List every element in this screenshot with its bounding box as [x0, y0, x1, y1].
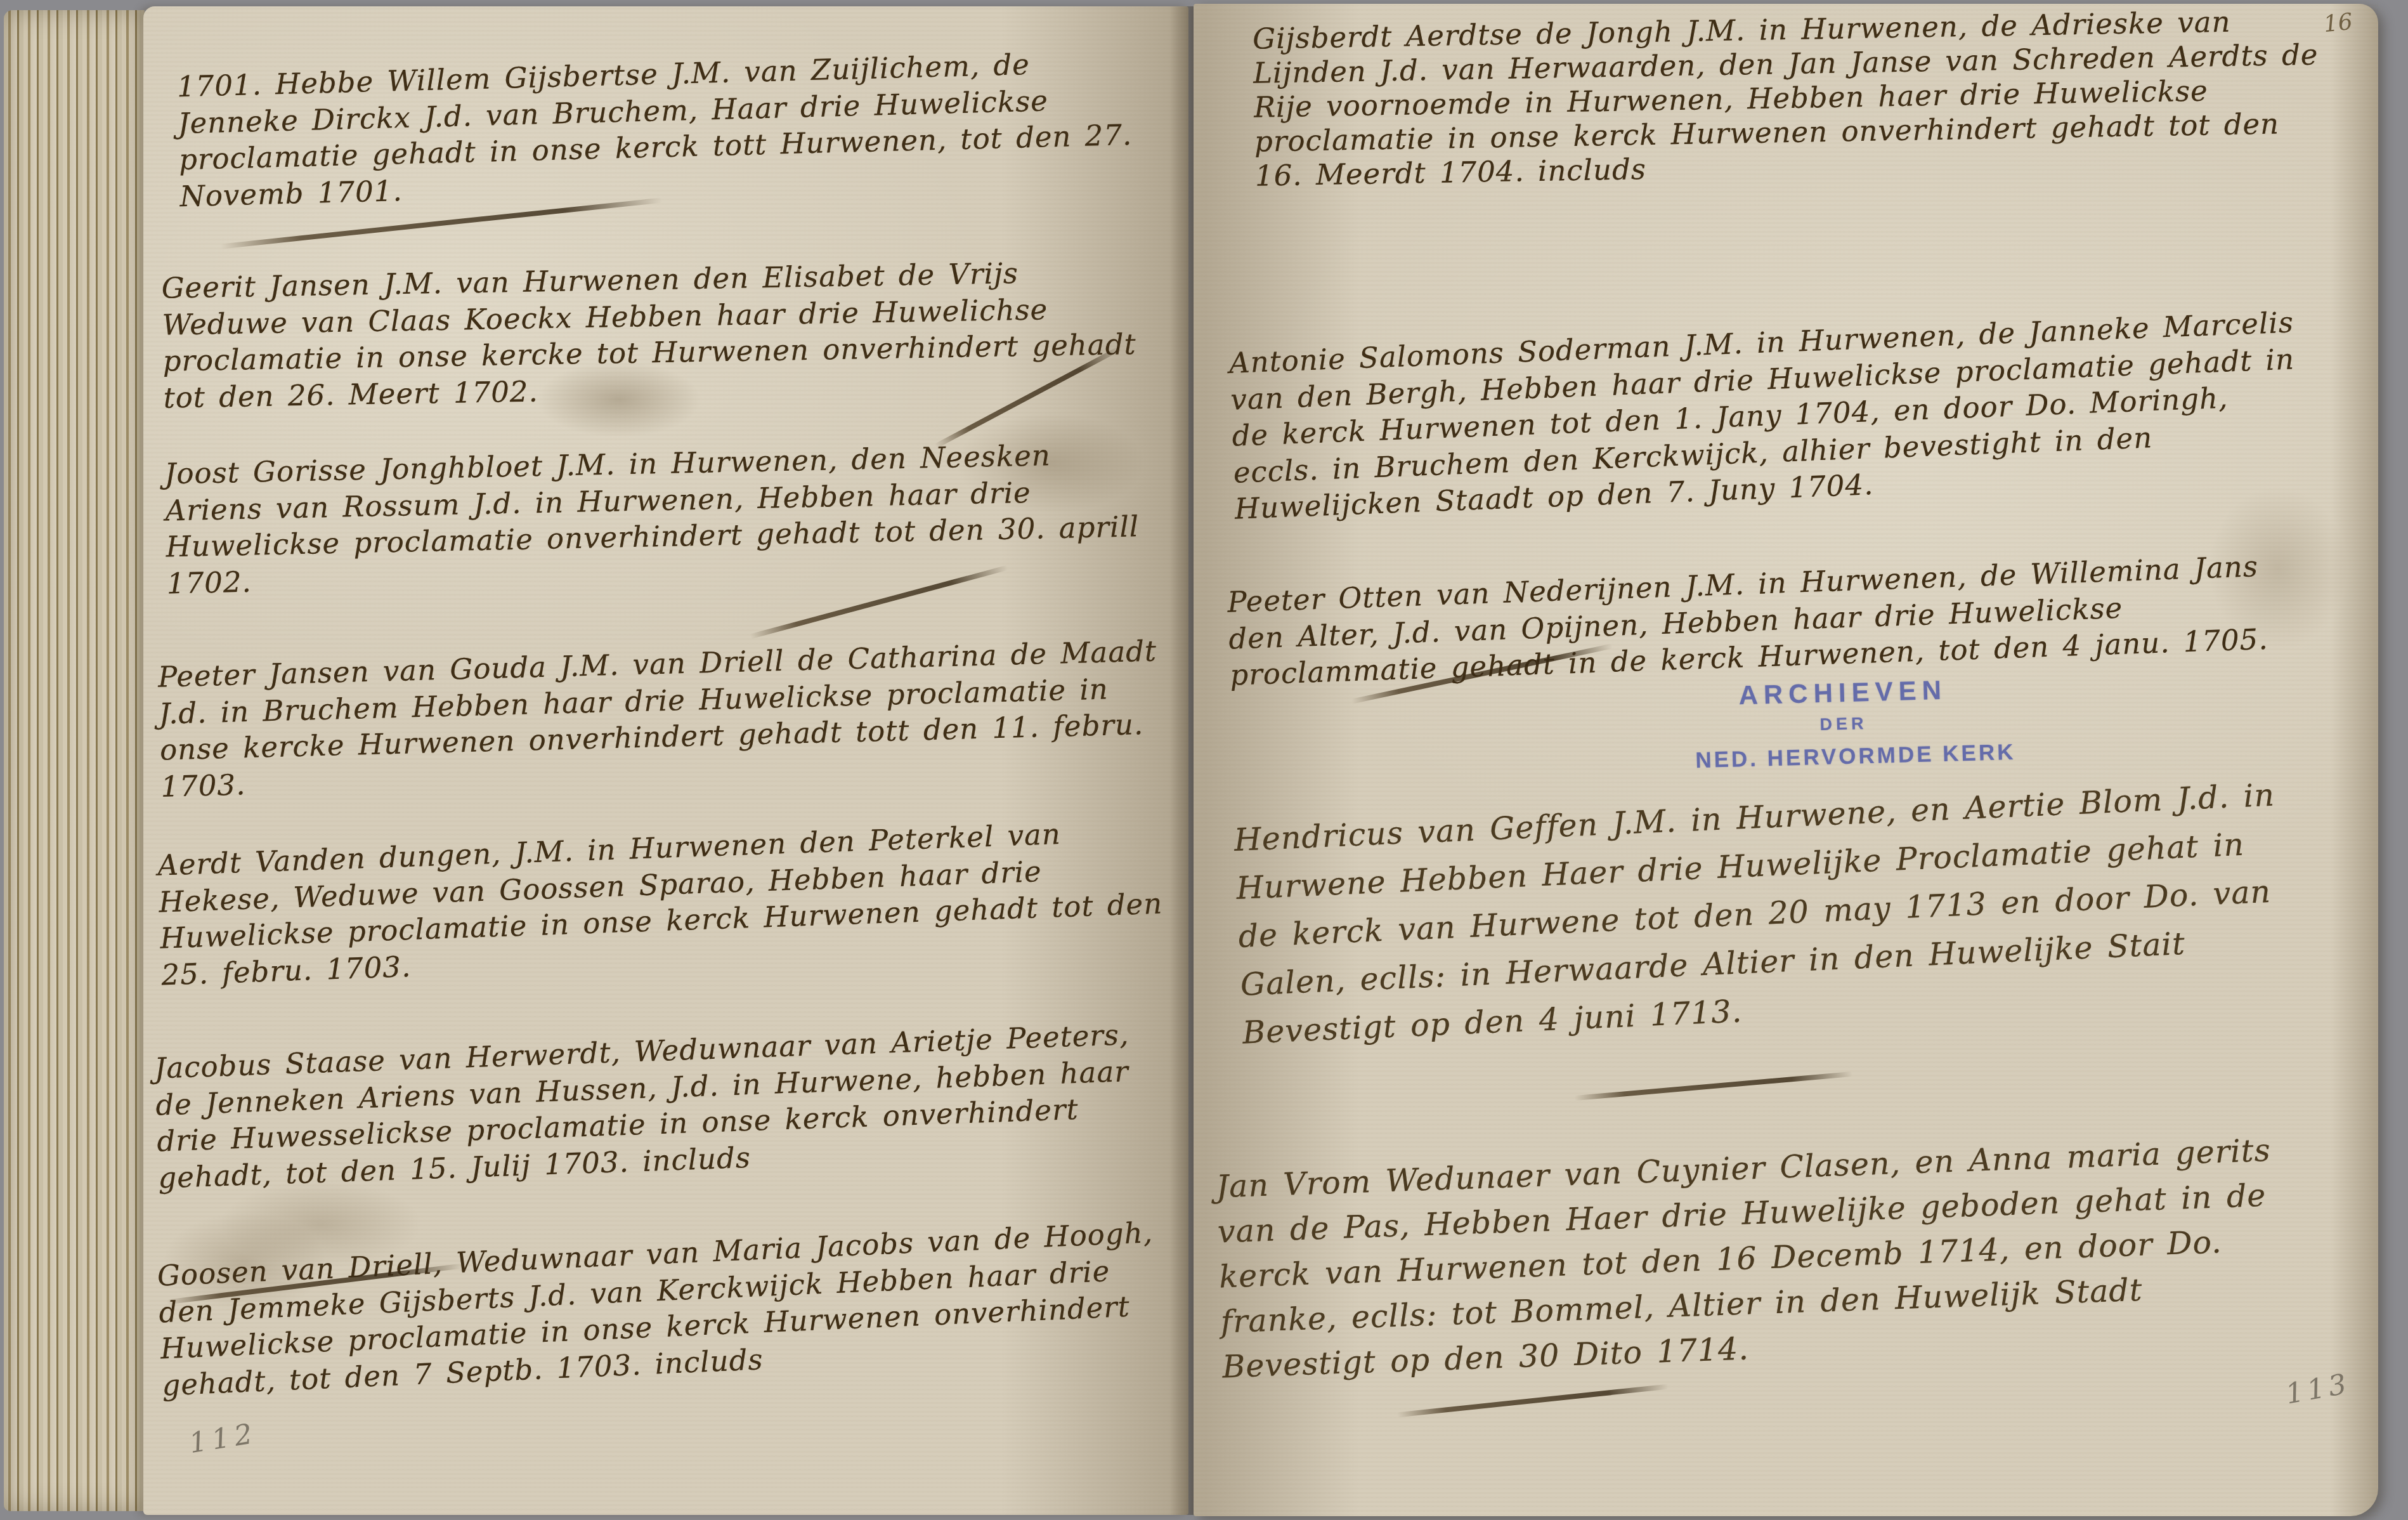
register-entry: Jacobus Staase van Herwerdt, Weduwnaar v…: [153, 1015, 1163, 1196]
archive-stamp-line: ARCHIEVEN: [1693, 674, 1992, 712]
left-page: 1701. Hebbe Willem Gijsbertse J.M. van Z…: [143, 6, 1188, 1515]
pencil-page-number: 112: [187, 1417, 260, 1460]
register-entry: Joost Gorisse Jonghbloet J.M. in Hurwene…: [164, 435, 1162, 602]
right-page: Gijsberdt Aerdtse de Jongh J.M. in Hurwe…: [1194, 4, 2378, 1516]
pencil-page-number: 113: [2283, 1368, 2352, 1411]
folio-number: 16: [2322, 9, 2354, 38]
register-entry: Hendricus van Geffen J.M. in Hurwene, en…: [1233, 771, 2289, 1057]
ink-flourish: [1397, 1384, 1669, 1418]
register-entry: 1701. Hebbe Willem Gijsbertse J.M. van Z…: [176, 43, 1160, 215]
register-entry: Geerit Jansen J.M. van Hurwenen den Elis…: [161, 252, 1159, 416]
register-entry: Gijsberdt Aerdtse de Jongh J.M. in Hurwe…: [1253, 3, 2327, 193]
register-entry: Peeter Jansen van Gouda J.M. van Driell …: [157, 632, 1166, 805]
register-entry: Aerdt Vanden dungen, J.M. in Hurwenen de…: [157, 812, 1166, 993]
register-entry: Goosen van Driell, Weduwnaar van Maria J…: [157, 1214, 1168, 1404]
archive-stamp-line: DER: [1695, 711, 1993, 738]
ink-flourish: [1574, 1071, 1852, 1101]
register-entry: Peeter Otten van Nederijnen J.M. in Hurw…: [1227, 546, 2315, 693]
archive-stamp-line: NED. HERVORMDE KERK: [1695, 740, 1994, 773]
register-entry: Jan Vrom Wedunaer van Cuynier Clasen, en…: [1215, 1127, 2294, 1390]
stacked-page-edges: [4, 10, 145, 1511]
archive-stamp: ARCHIEVEN DER NED. HERVORMDE KERK: [1693, 674, 1994, 773]
register-entry: Antonie Salomons Soderman J.M. in Hurwen…: [1228, 303, 2319, 527]
open-register-book: 1701. Hebbe Willem Gijsbertse J.M. van Z…: [0, 0, 2408, 1520]
